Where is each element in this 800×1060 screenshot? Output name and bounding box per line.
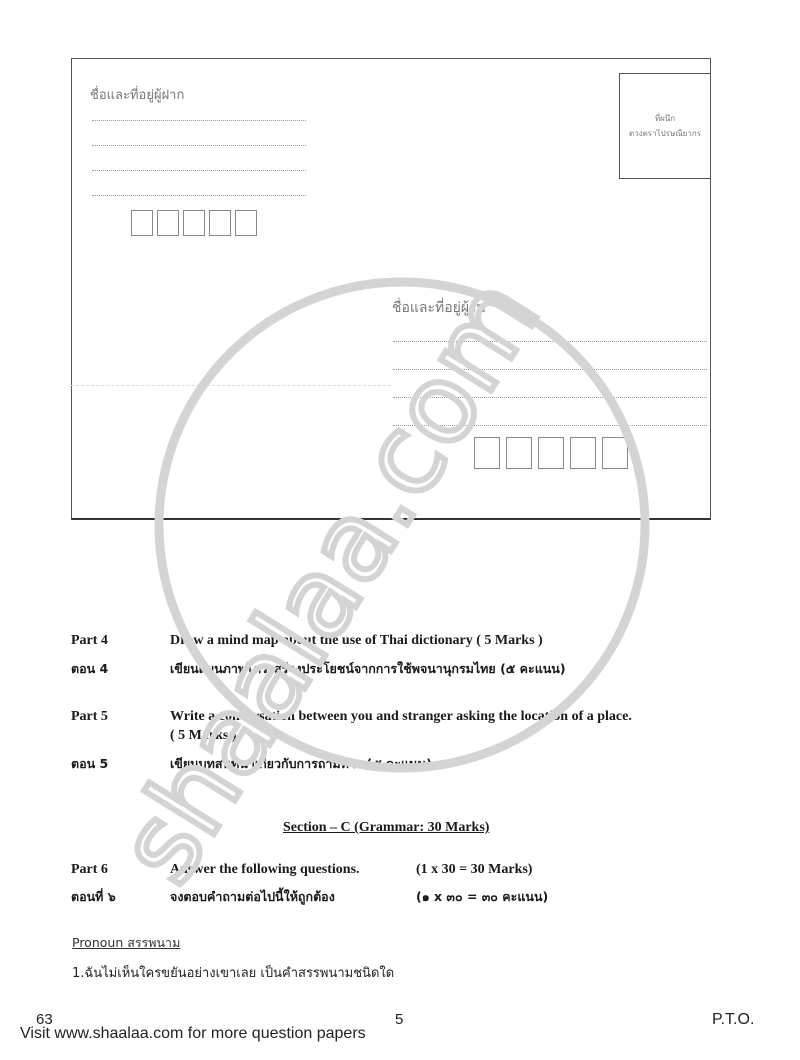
part-instruction: Draw a mind map about the use of Thai di… [170, 633, 543, 649]
sender-postal-code-boxes [131, 210, 257, 236]
footer-visit-link[interactable]: Visit www.shaalaa.com for more question … [20, 1025, 366, 1043]
part-label: Part 6 [71, 862, 108, 878]
sender-address-label: ชื่อและที่อยู่ผู้ฝาก [90, 84, 184, 105]
scan-artifact-line [71, 385, 391, 386]
stamp-box-line1: ที่ผนึก [655, 111, 675, 126]
postal-code-box [570, 437, 596, 469]
recipient-postal-code-boxes [474, 437, 628, 469]
part-label-thai: ตอน 5 [71, 754, 108, 774]
recipient-address-line [393, 369, 707, 370]
stamp-box-line2: ดวงตราไปรษณียากร [629, 126, 701, 141]
postal-code-box [602, 437, 628, 469]
postal-code-box [506, 437, 532, 469]
recipient-address-line [393, 397, 707, 398]
part-label: Part 5 [71, 709, 108, 725]
footer-page-number: 5 [395, 1011, 403, 1028]
postal-code-box [157, 210, 179, 236]
part-label: Part 4 [71, 633, 108, 649]
pronoun-subheading: Pronoun สรรพนาม [72, 933, 180, 953]
recipient-address-label: ชื่อและที่อยู่ผู้รับ [392, 297, 485, 319]
sender-address-line [92, 120, 306, 121]
footer-pto: P.T.O. [712, 1011, 754, 1029]
section-c-title: Section – C (Grammar: 30 Marks) [283, 820, 489, 836]
part-instruction-thai: เขียนแผนภาพโครงสร้างประโยชน์จากการใช้พจน… [170, 659, 566, 679]
stamp-box: ที่ผนึก ดวงตราไปรษณียากร [619, 73, 711, 179]
postal-code-box [209, 210, 231, 236]
part-instruction: Answer the following questions. [170, 862, 360, 878]
part-marks: ( 5 Marks ) [170, 728, 237, 744]
recipient-address-line [393, 425, 707, 426]
postal-code-box [538, 437, 564, 469]
part-marks-thai: (๑ x ๓๐ = ๓๐ คะแนน) [416, 887, 548, 907]
postal-code-box [235, 210, 257, 236]
part-instruction: Write a conversation between you and str… [170, 709, 632, 725]
part-label-thai: ตอน 4 [71, 659, 108, 679]
sender-address-line [92, 195, 306, 196]
postal-code-box [183, 210, 205, 236]
sender-address-line [92, 170, 306, 171]
part-label-thai: ตอนที่ ๖ [71, 887, 116, 907]
part-instruction-thai: จงตอบคำถามต่อไปนี้ให้ถูกต้อง [170, 887, 335, 907]
recipient-address-line [393, 341, 707, 342]
part-marks: (1 x 30 = 30 Marks) [416, 862, 532, 878]
part-instruction-thai: เขียนบทสนทนาเกี่ยวกับการถามทาง (๕ คะแนน) [170, 754, 432, 774]
sender-address-line [92, 145, 306, 146]
postal-code-box [131, 210, 153, 236]
postal-code-box [474, 437, 500, 469]
question-1: 1.ฉันไม่เห็นใครขยันอย่างเขาเลย เป็นคำสรร… [72, 962, 394, 983]
